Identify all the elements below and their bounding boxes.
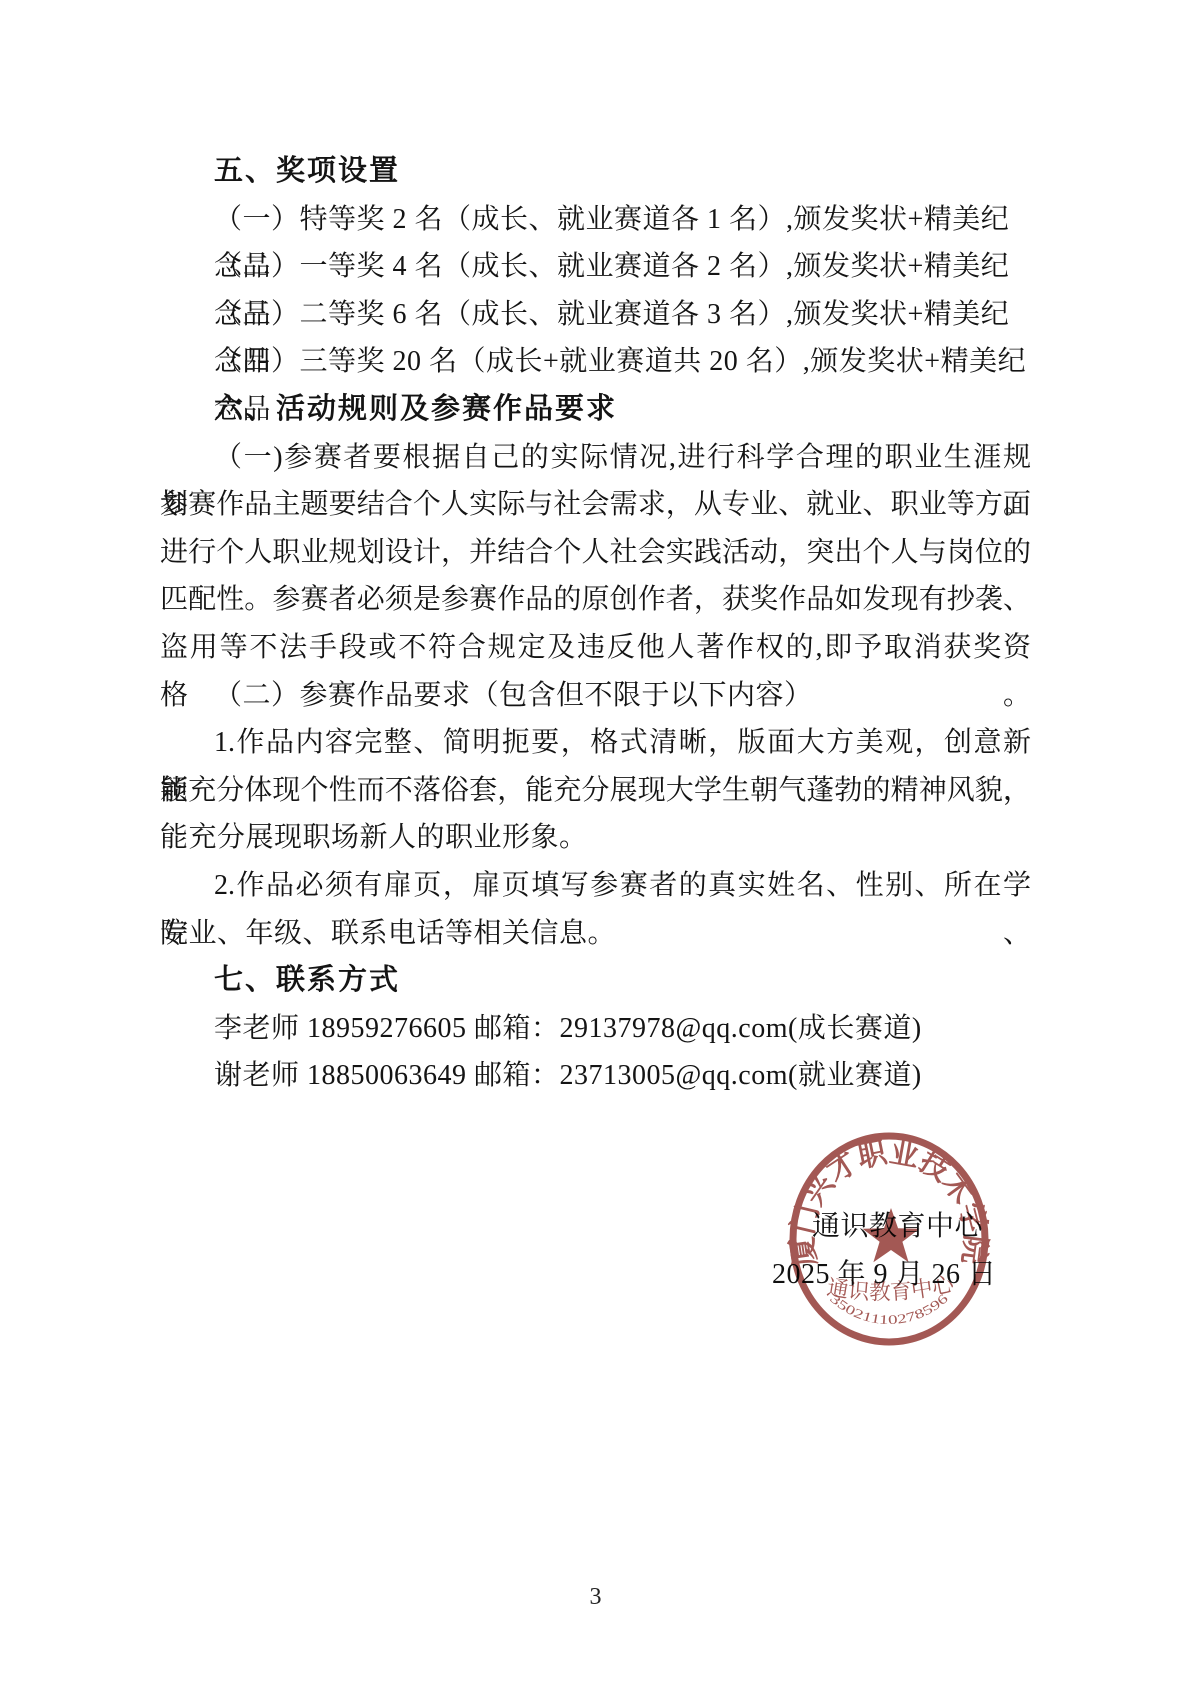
- page-number: 3: [160, 1584, 1031, 1611]
- document-page: 五、奖项设置（一）特等奖 2 名（成长、就业赛道各 1 名）,颁发奖状+精美纪念…: [0, 0, 1191, 1684]
- text-line: 2.作品必须有扉页，扉页填写参赛者的真实姓名、性别、所在学院、: [160, 862, 1031, 910]
- document-body: 五、奖项设置（一）特等奖 2 名（成长、就业赛道各 1 名）,颁发奖状+精美纪念…: [160, 148, 1031, 1100]
- seal-star-icon: [863, 1208, 920, 1262]
- text-line: （一)参赛者要根据自己的实际情况,进行科学合理的职业生涯规划。: [160, 434, 1031, 482]
- text-line: （一）特等奖 2 名（成长、就业赛道各 1 名）,颁发奖状+精美纪念品: [160, 196, 1031, 244]
- text-line: 匹配性。参赛者必须是参赛作品的原创作者，获奖作品如发现有抄袭、: [160, 576, 1031, 624]
- section-heading: 七、联系方式: [160, 957, 1031, 1005]
- text-line: 谢老师 18850063649 邮箱：23713005@qq.com(就业赛道): [160, 1052, 1031, 1100]
- text-line: 参赛作品主题要结合个人实际与社会需求，从专业、就业、职业等方面: [160, 481, 1031, 529]
- text-line: 能充分展现职场新人的职业形象。: [160, 814, 1031, 862]
- section-heading: 六、活动规则及参赛作品要求: [160, 386, 1031, 434]
- text-line: 盗用等不法手段或不符合规定及违反他人著作权的,即予取消获奖资格。: [160, 624, 1031, 672]
- text-line: 李老师 18959276605 邮箱：29137978@qq.com(成长赛道): [160, 1005, 1031, 1053]
- text-line: 进行个人职业规划设计，并结合个人社会实践活动，突出个人与岗位的: [160, 529, 1031, 577]
- official-seal: 厦门兴才职业技术学院 通识教育中心 35021110278596: [770, 1110, 1010, 1360]
- text-line: （四）三等奖 20 名（成长+就业赛道共 20 名）,颁发奖状+精美纪念品: [160, 338, 1031, 386]
- section-heading: 五、奖项设置: [160, 148, 1031, 196]
- text-line: 能充分体现个性而不落俗套，能充分展现大学生朝气蓬勃的精神风貌，: [160, 767, 1031, 815]
- text-line: （二）一等奖 4 名（成长、就业赛道各 2 名）,颁发奖状+精美纪念品: [160, 243, 1031, 291]
- text-line: （三）二等奖 6 名（成长、就业赛道各 3 名）,颁发奖状+精美纪念品: [160, 291, 1031, 339]
- text-line: 1.作品内容完整、简明扼要，格式清晰，版面大方美观，创意新颖，: [160, 719, 1031, 767]
